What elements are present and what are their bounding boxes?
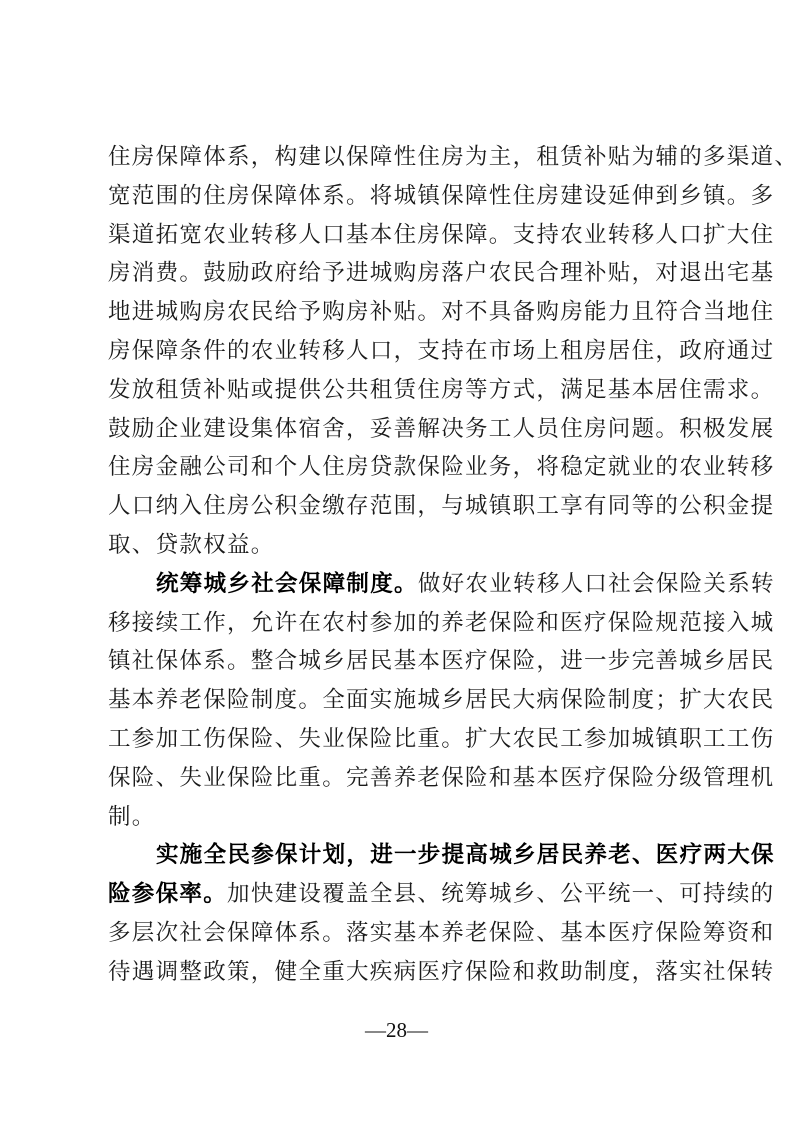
paragraph-heading: 统筹城乡社会保障制度。 bbox=[156, 571, 418, 597]
text-line: 发放租赁补贴或提供公共租赁住房等方式，满足基本居住需求。 bbox=[108, 371, 692, 410]
text-line: 待遇调整政策，健全重大疾病医疗保险和救助制度，落实社保转 bbox=[108, 953, 692, 992]
text-line: 移接续工作，允许在农村参加的养老保险和医疗保险规范接入城 bbox=[108, 604, 692, 643]
text-line: 房消费。鼓励政府给予进城购房落户农民合理补贴，对退出宅基 bbox=[108, 254, 692, 293]
text-line: 制。 bbox=[108, 798, 692, 837]
text-run: 做好农业转移人口社会保险关系转 bbox=[418, 571, 775, 597]
paragraph-heading-end: 险参保率。 bbox=[108, 881, 227, 907]
text-line: 基本养老保险制度。全面实施城乡居民大病保险制度；扩大农民 bbox=[108, 681, 692, 720]
text-line: 取、贷款权益。 bbox=[108, 526, 692, 565]
text-line: 人口纳入住房公积金缴存范围，与城镇职工享有同等的公积金提 bbox=[108, 487, 692, 526]
text-line: 宽范围的住房保障体系。将城镇保障性住房建设延伸到乡镇。多 bbox=[108, 177, 692, 216]
text-line: 鼓励企业建设集体宿舍，妥善解决务工人员住房问题。积极发展 bbox=[108, 410, 692, 449]
text-line: 地进城购房农民给予购房补贴。对不具备购房能力且符合当地住 bbox=[108, 293, 692, 332]
paragraph-first-line: 统筹城乡社会保障制度。做好农业转移人口社会保险关系转 bbox=[108, 565, 692, 604]
paragraph-heading: 实施全民参保计划，进一步提高城乡居民养老、医疗两大保 bbox=[108, 836, 692, 875]
text-run: 加快建设覆盖全县、统筹城乡、公平统一、可持续的 bbox=[227, 881, 774, 907]
body-text: 住房保障体系，构建以保障性住房为主，租赁补贴为辅的多渠道、 宽范围的住房保障体系… bbox=[108, 138, 692, 992]
page-number: —28— bbox=[0, 1018, 793, 1043]
text-line: 渠道拓宽农业转移人口基本住房保障。支持农业转移人口扩大住 bbox=[108, 216, 692, 255]
text-line: 保险、失业保险比重。完善养老保险和基本医疗保险分级管理机 bbox=[108, 759, 692, 798]
text-line: 房保障条件的农业转移人口，支持在市场上租房居住，政府通过 bbox=[108, 332, 692, 371]
text-line: 住房保障体系，构建以保障性住房为主，租赁补贴为辅的多渠道、 bbox=[108, 138, 692, 177]
document-page: 住房保障体系，构建以保障性住房为主，租赁补贴为辅的多渠道、 宽范围的住房保障体系… bbox=[0, 0, 793, 1122]
paragraph-second-line: 险参保率。加快建设覆盖全县、统筹城乡、公平统一、可持续的 bbox=[108, 875, 692, 914]
text-line: 住房金融公司和个人住房贷款保险业务，将稳定就业的农业转移 bbox=[108, 448, 692, 487]
text-line: 多层次社会保障体系。落实基本养老保险、基本医疗保险筹资和 bbox=[108, 914, 692, 953]
text-line: 工参加工伤保险、失业保险比重。扩大农民工参加城镇职工工伤 bbox=[108, 720, 692, 759]
text-line: 镇社保体系。整合城乡居民基本医疗保险，进一步完善城乡居民 bbox=[108, 642, 692, 681]
